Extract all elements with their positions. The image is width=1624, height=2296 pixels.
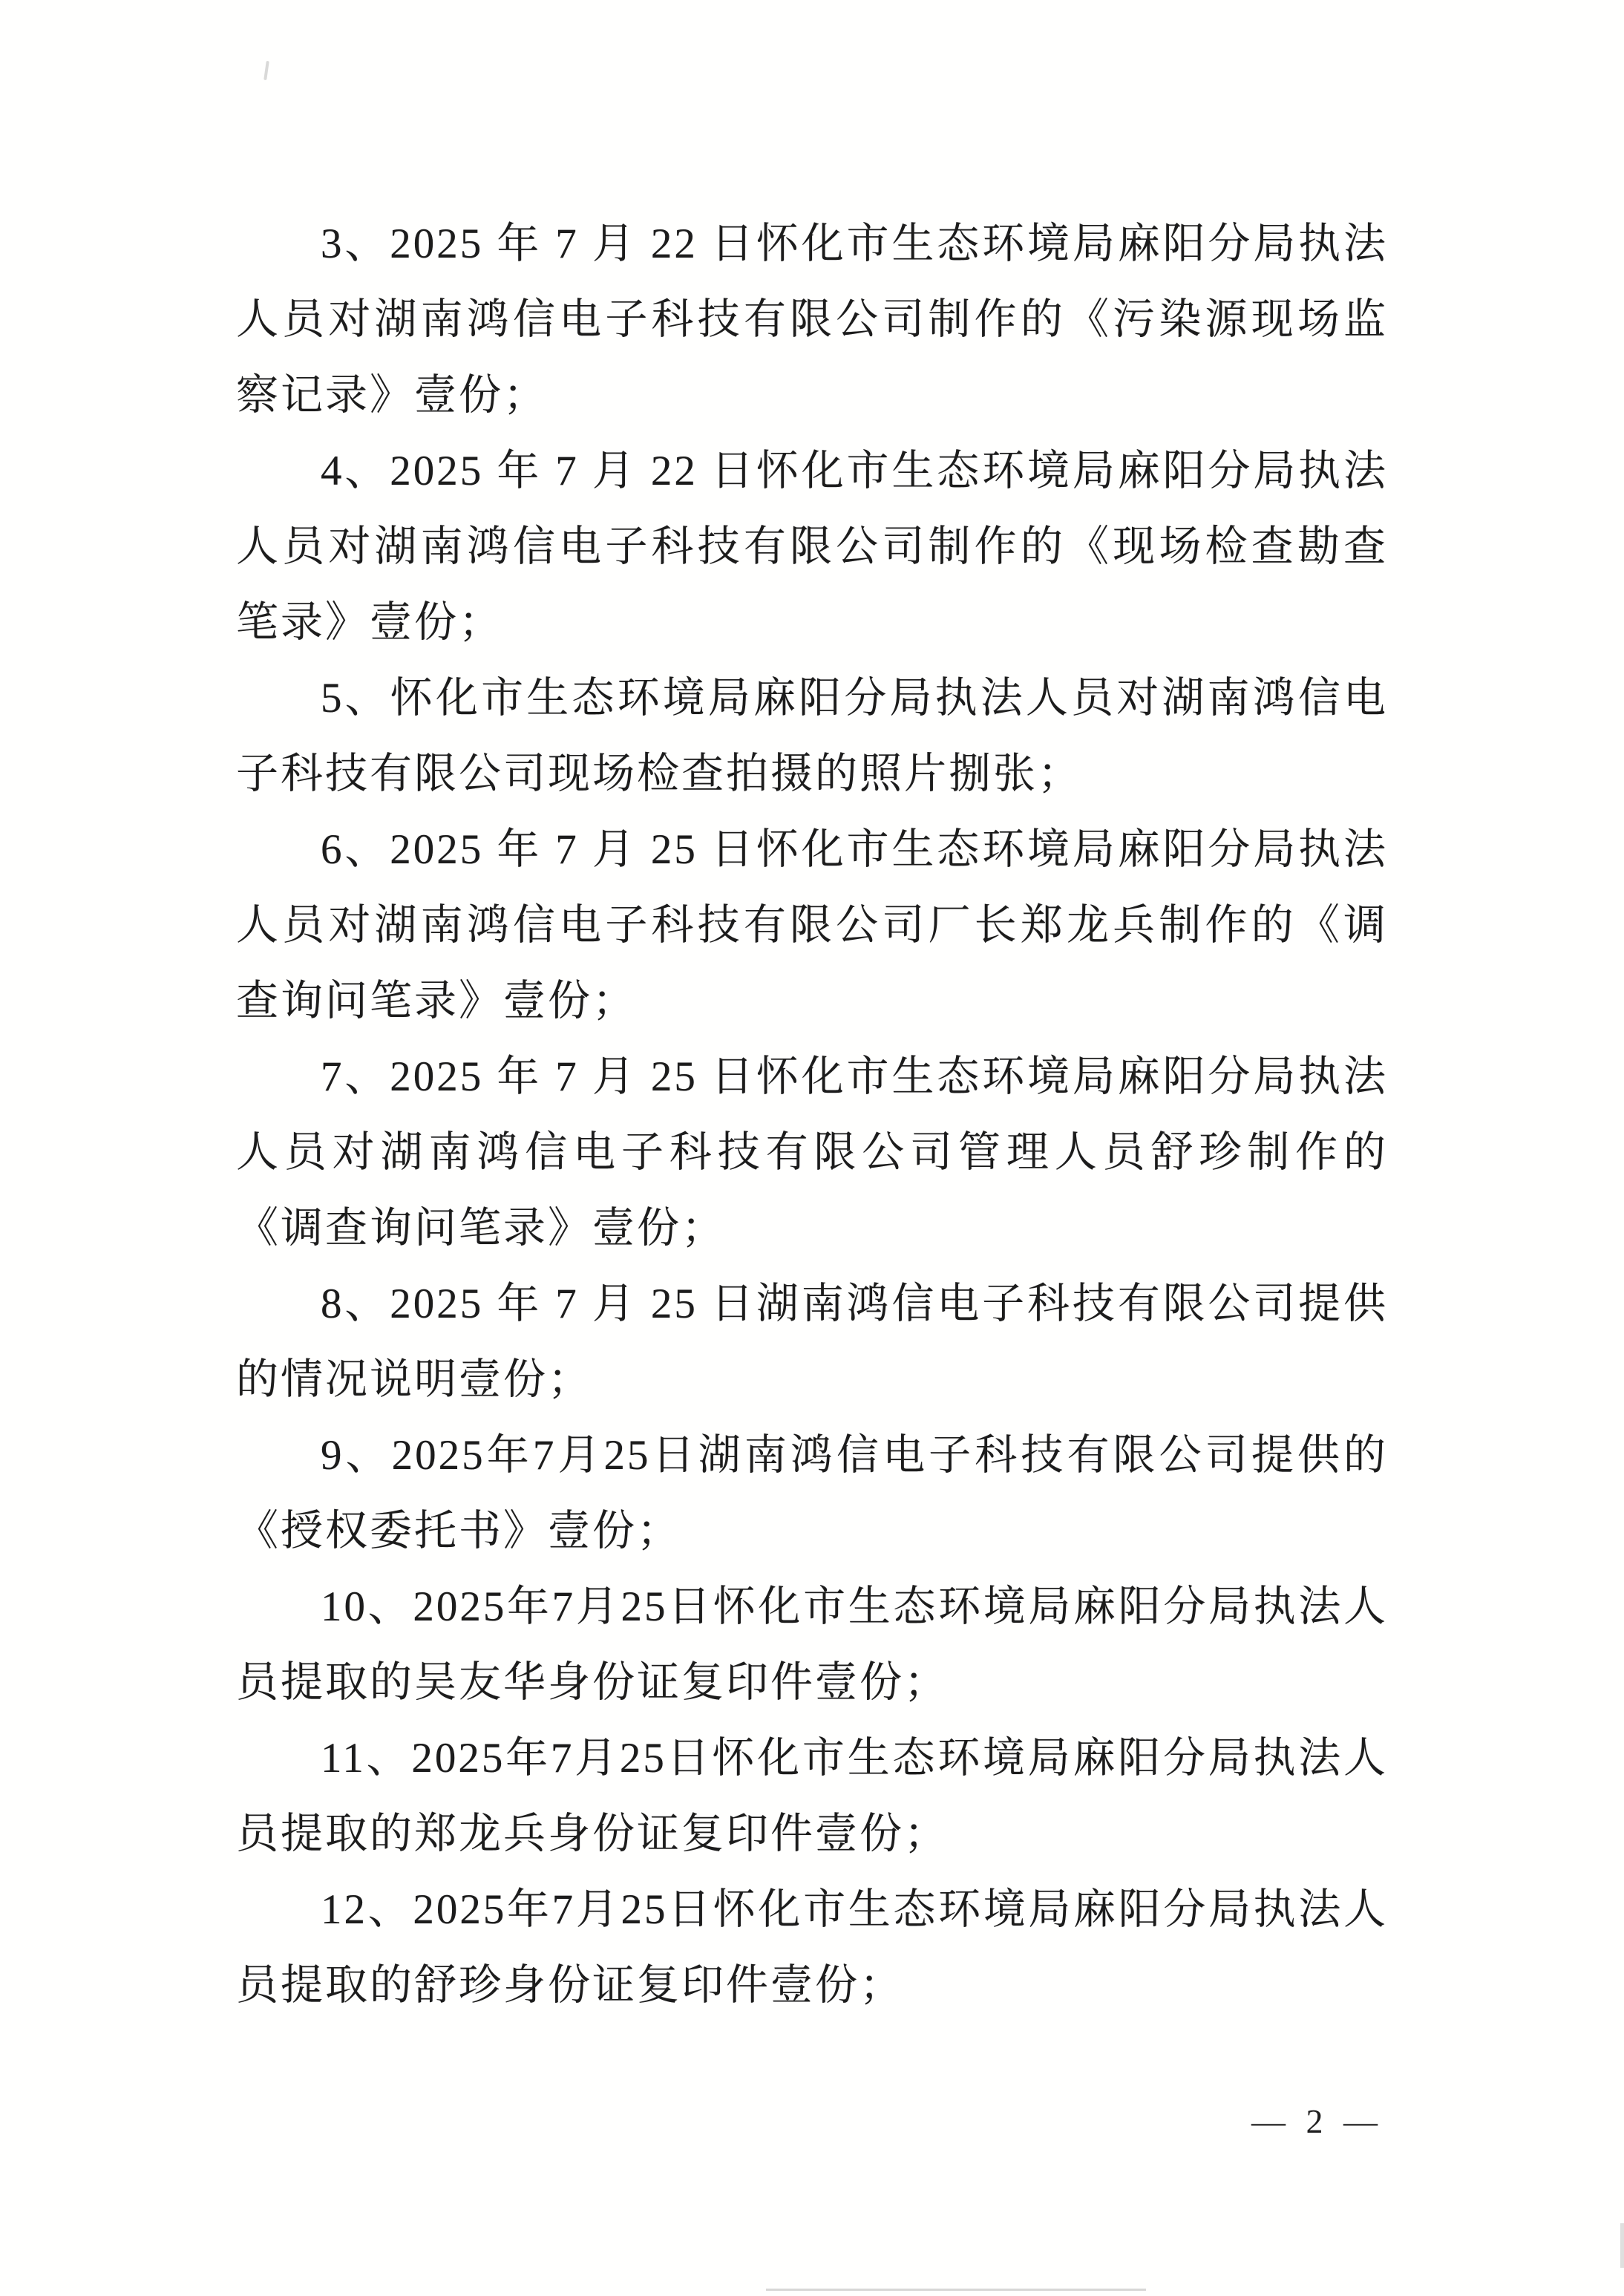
- evidence-item-9: 9、2025年7月25日湖南鸿信电子科技有限公司提供的《授权委托书》壹份；: [236, 1418, 1388, 1569]
- evidence-item-4: 4、2025 年 7 月 22 日怀化市生态环境局麻阳分局执法人员对湖南鸿信电子…: [236, 434, 1388, 661]
- evidence-list: 3、2025 年 7 月 22 日怀化市生态环境局麻阳分局执法人员对湖南鸿信电子…: [236, 206, 1388, 2024]
- scan-artifact-line: [766, 2289, 1146, 2291]
- evidence-item-5: 5、怀化市生态环境局麻阳分局执法人员对湖南鸿信电子科技有限公司现场检查拍摄的照片…: [236, 661, 1388, 812]
- evidence-item-7: 7、2025 年 7 月 25 日怀化市生态环境局麻阳分局执法人员对湖南鸿信电子…: [236, 1039, 1388, 1266]
- evidence-item-3: 3、2025 年 7 月 22 日怀化市生态环境局麻阳分局执法人员对湖南鸿信电子…: [236, 206, 1388, 434]
- evidence-item-8: 8、2025 年 7 月 25 日湖南鸿信电子科技有限公司提供的情况说明壹份；: [236, 1266, 1388, 1418]
- scan-artifact-speck: [263, 61, 269, 80]
- evidence-item-10: 10、2025年7月25日怀化市生态环境局麻阳分局执法人员提取的吴友华身份证复印…: [236, 1569, 1388, 1721]
- evidence-item-12: 12、2025年7月25日怀化市生态环境局麻阳分局执法人员提取的舒珍身份证复印件…: [236, 1872, 1388, 2024]
- document-page: 3、2025 年 7 月 22 日怀化市生态环境局麻阳分局执法人员对湖南鸿信电子…: [0, 0, 1624, 2296]
- evidence-item-11: 11、2025年7月25日怀化市生态环境局麻阳分局执法人员提取的郑龙兵身份证复印…: [236, 1721, 1388, 1872]
- evidence-item-6: 6、2025 年 7 月 25 日怀化市生态环境局麻阳分局执法人员对湖南鸿信电子…: [236, 812, 1388, 1039]
- page-number: — 2 —: [1228, 2099, 1407, 2144]
- scan-artifact-edge: [1620, 2223, 1624, 2268]
